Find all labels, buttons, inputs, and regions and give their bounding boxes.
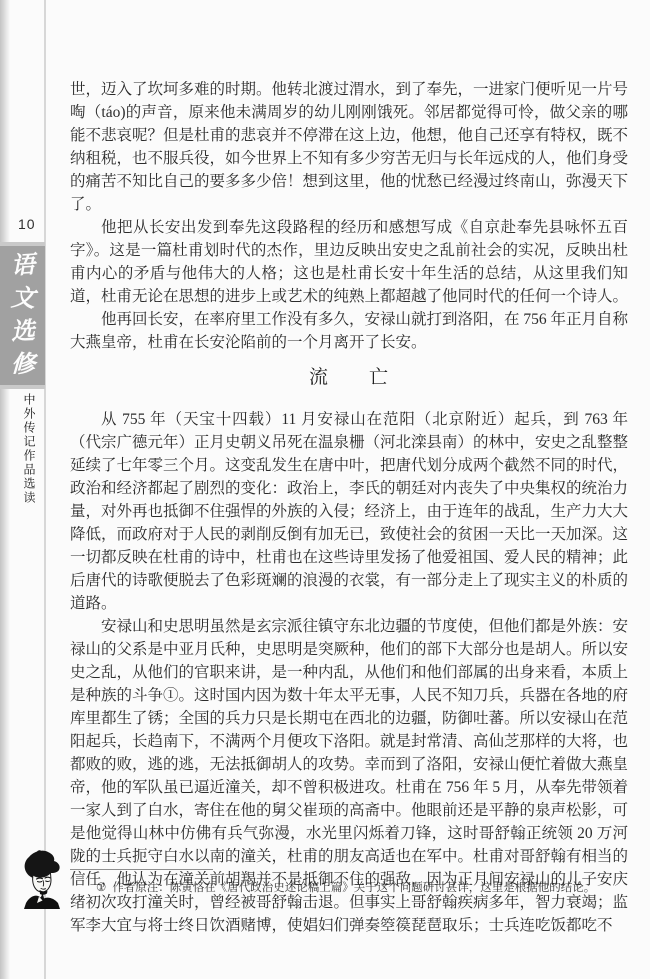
series-logo-box: 语 文 选 修 [0,242,45,389]
logo-char: 修 [10,350,35,381]
footnote-text: 作者原注：陈寅恪在《唐代政治史述论稿上篇》关于这个问题研讨甚详，这里是根据他的结… [112,882,595,894]
page-number: 10 [18,216,44,232]
scan-edge-shadow [0,0,10,979]
footnote-divider [70,869,213,870]
body-paragraph: 从 755 年（天宝十四载）11 月安禄山在范阳（北京附近）起兵，到 763 年… [70,408,628,615]
du-fu-portrait-drawing [17,849,65,913]
book-page: 10 语 文 选 修 中外传记作品选读 世，迈入了坎坷多难的时期。他转北渡过渭水… [0,0,650,979]
footnote: ①作者原注：陈寅恪在《唐代政治史述论稿上篇》关于这个问题研讨甚详，这里是根据他的… [96,880,596,896]
section-heading: 流 亡 [70,362,628,389]
margin-rule [44,0,46,979]
footnote-marker: ① [96,882,106,894]
logo-char: 文 [10,283,36,314]
series-title-vertical: 中外传记作品选读 [21,393,38,523]
body-paragraph: 他再回长安，在率府里工作没有多久，安禄山就打到洛阳，在 756 年正月自称大燕皇… [70,308,628,354]
body-paragraph: 他把从长安出发到奉先这段路程的经历和感想写成《自京赴奉先县咏怀五百字》。这是一篇… [70,216,628,308]
du-fu-portrait [17,849,65,913]
text-column: 世，迈入了坎坷多难的时期。他转北渡过渭水，到了奉先，一进家门便听见一片号啕（tá… [70,78,628,937]
logo-char: 语 [9,250,35,282]
body-paragraph: 世，迈入了坎坷多难的时期。他转北渡过渭水，到了奉先，一进家门便听见一片号啕（tá… [70,78,628,216]
logo-char: 选 [10,317,36,348]
